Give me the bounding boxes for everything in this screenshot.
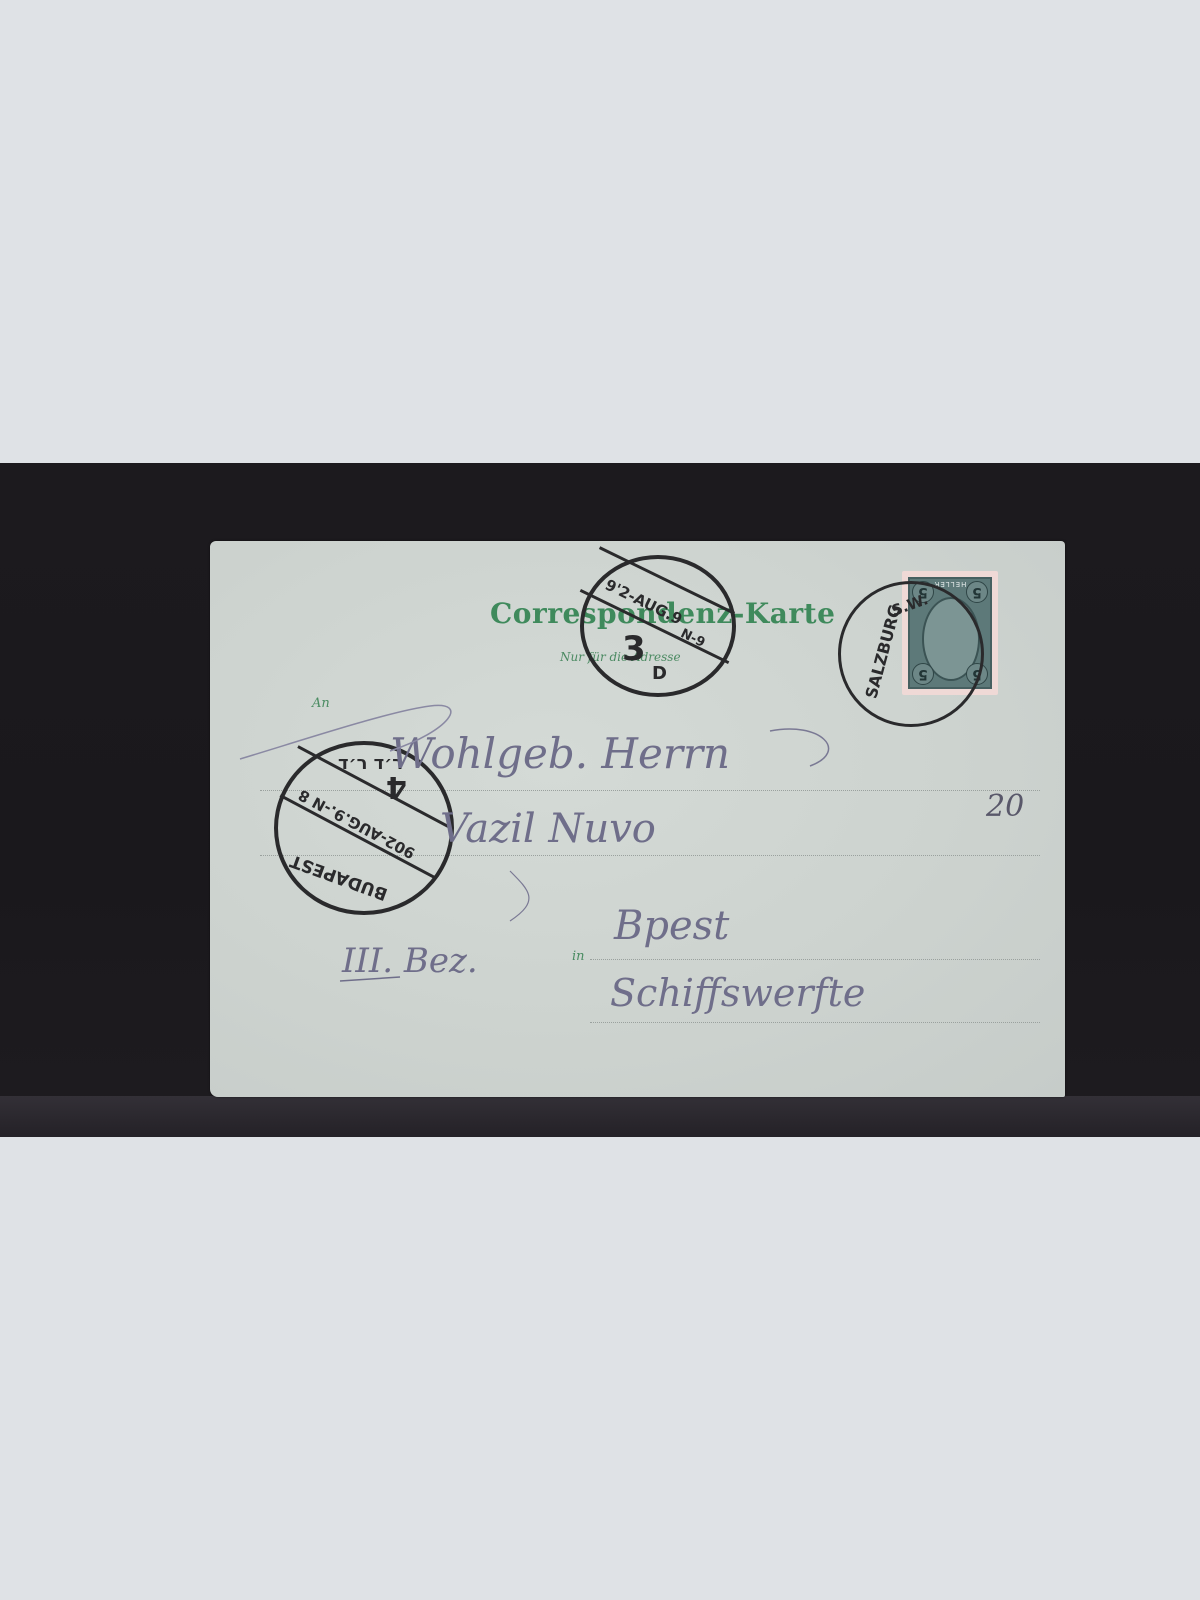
- handwriting-flourishes: [210, 541, 1065, 1097]
- postcard: Correspondenz-Karte Nur für die Adresse …: [210, 541, 1065, 1097]
- backing-ledge: [0, 1096, 1200, 1137]
